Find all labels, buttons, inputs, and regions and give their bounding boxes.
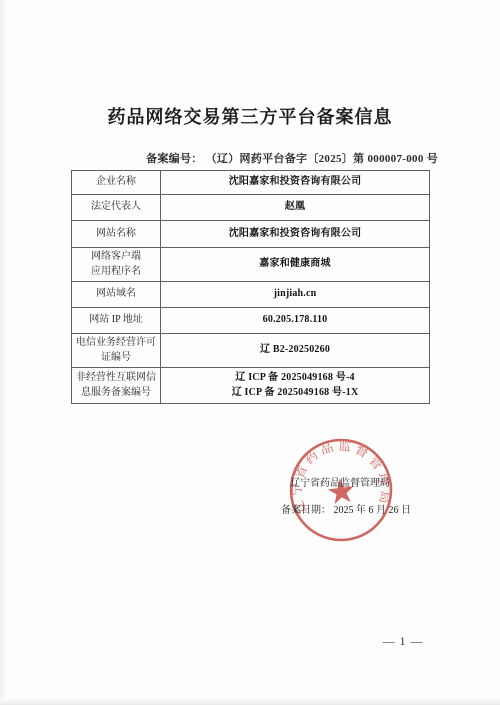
row-value: 沈阳嘉家和投资咨询有限公司: [161, 221, 430, 248]
row-label: 网站名称: [72, 221, 161, 248]
table-row: 电信业务经营许可 证编号 辽 B2-20250260: [72, 334, 430, 368]
page-number: — 1 —: [368, 634, 438, 649]
authority-name: 辽宁省药品监督管理局: [270, 474, 410, 489]
row-value: 沈阳嘉家和投资咨询有限公司: [161, 171, 430, 195]
row-label: 网站域名: [72, 282, 161, 308]
row-value: 赵凰: [161, 195, 430, 221]
scan-artifact-bottom: [0, 698, 500, 705]
row-label: 网站 IP 地址: [72, 308, 161, 334]
row-value: 辽 B2-20250260: [161, 334, 430, 368]
row-label: 非经营性互联网信 息服务备案编号: [72, 368, 161, 404]
table-row: 法定代表人 赵凰: [72, 195, 430, 221]
filing-info-table: 企业名称 沈阳嘉家和投资咨询有限公司 法定代表人 赵凰 网站名称 沈阳嘉家和投资…: [71, 170, 430, 404]
page-title: 药品网络交易第三方平台备案信息: [0, 103, 500, 129]
table-row: 网站名称 沈阳嘉家和投资咨询有限公司: [72, 221, 430, 248]
table-row: 非经营性互联网信 息服务备案编号 辽 ICP 备 2025049168 号-4 …: [72, 368, 430, 404]
official-seal-stamp: 辽宁省药品监督管理局 ★: [282, 431, 400, 549]
row-label: 网络客户端 应用程序名: [72, 248, 161, 282]
table-row: 企业名称 沈阳嘉家和投资咨询有限公司: [72, 171, 430, 195]
row-label: 电信业务经营许可 证编号: [72, 334, 161, 368]
filing-date: 备案日期： 2025 年 6 月 26 日: [260, 501, 432, 516]
row-value: 嘉家和健康商城: [161, 248, 430, 282]
row-value: 辽 ICP 备 2025049168 号-4 辽 ICP 备 202504916…: [161, 368, 430, 404]
row-value: 60.205.178.110: [161, 308, 430, 334]
filing-number: 备案编号： （辽）网药平台备字〔2025〕第 000007-000 号: [146, 150, 438, 166]
table-row: 网站 IP 地址 60.205.178.110: [72, 308, 430, 334]
table-row: 网络客户端 应用程序名 嘉家和健康商城: [72, 248, 430, 282]
table-row: 网站域名 jinjiah.cn: [72, 282, 430, 308]
row-label: 法定代表人: [72, 195, 161, 221]
document-page: 药品网络交易第三方平台备案信息 备案编号： （辽）网药平台备字〔2025〕第 0…: [0, 0, 500, 705]
row-label: 企业名称: [72, 171, 161, 195]
row-value: jinjiah.cn: [161, 282, 430, 308]
